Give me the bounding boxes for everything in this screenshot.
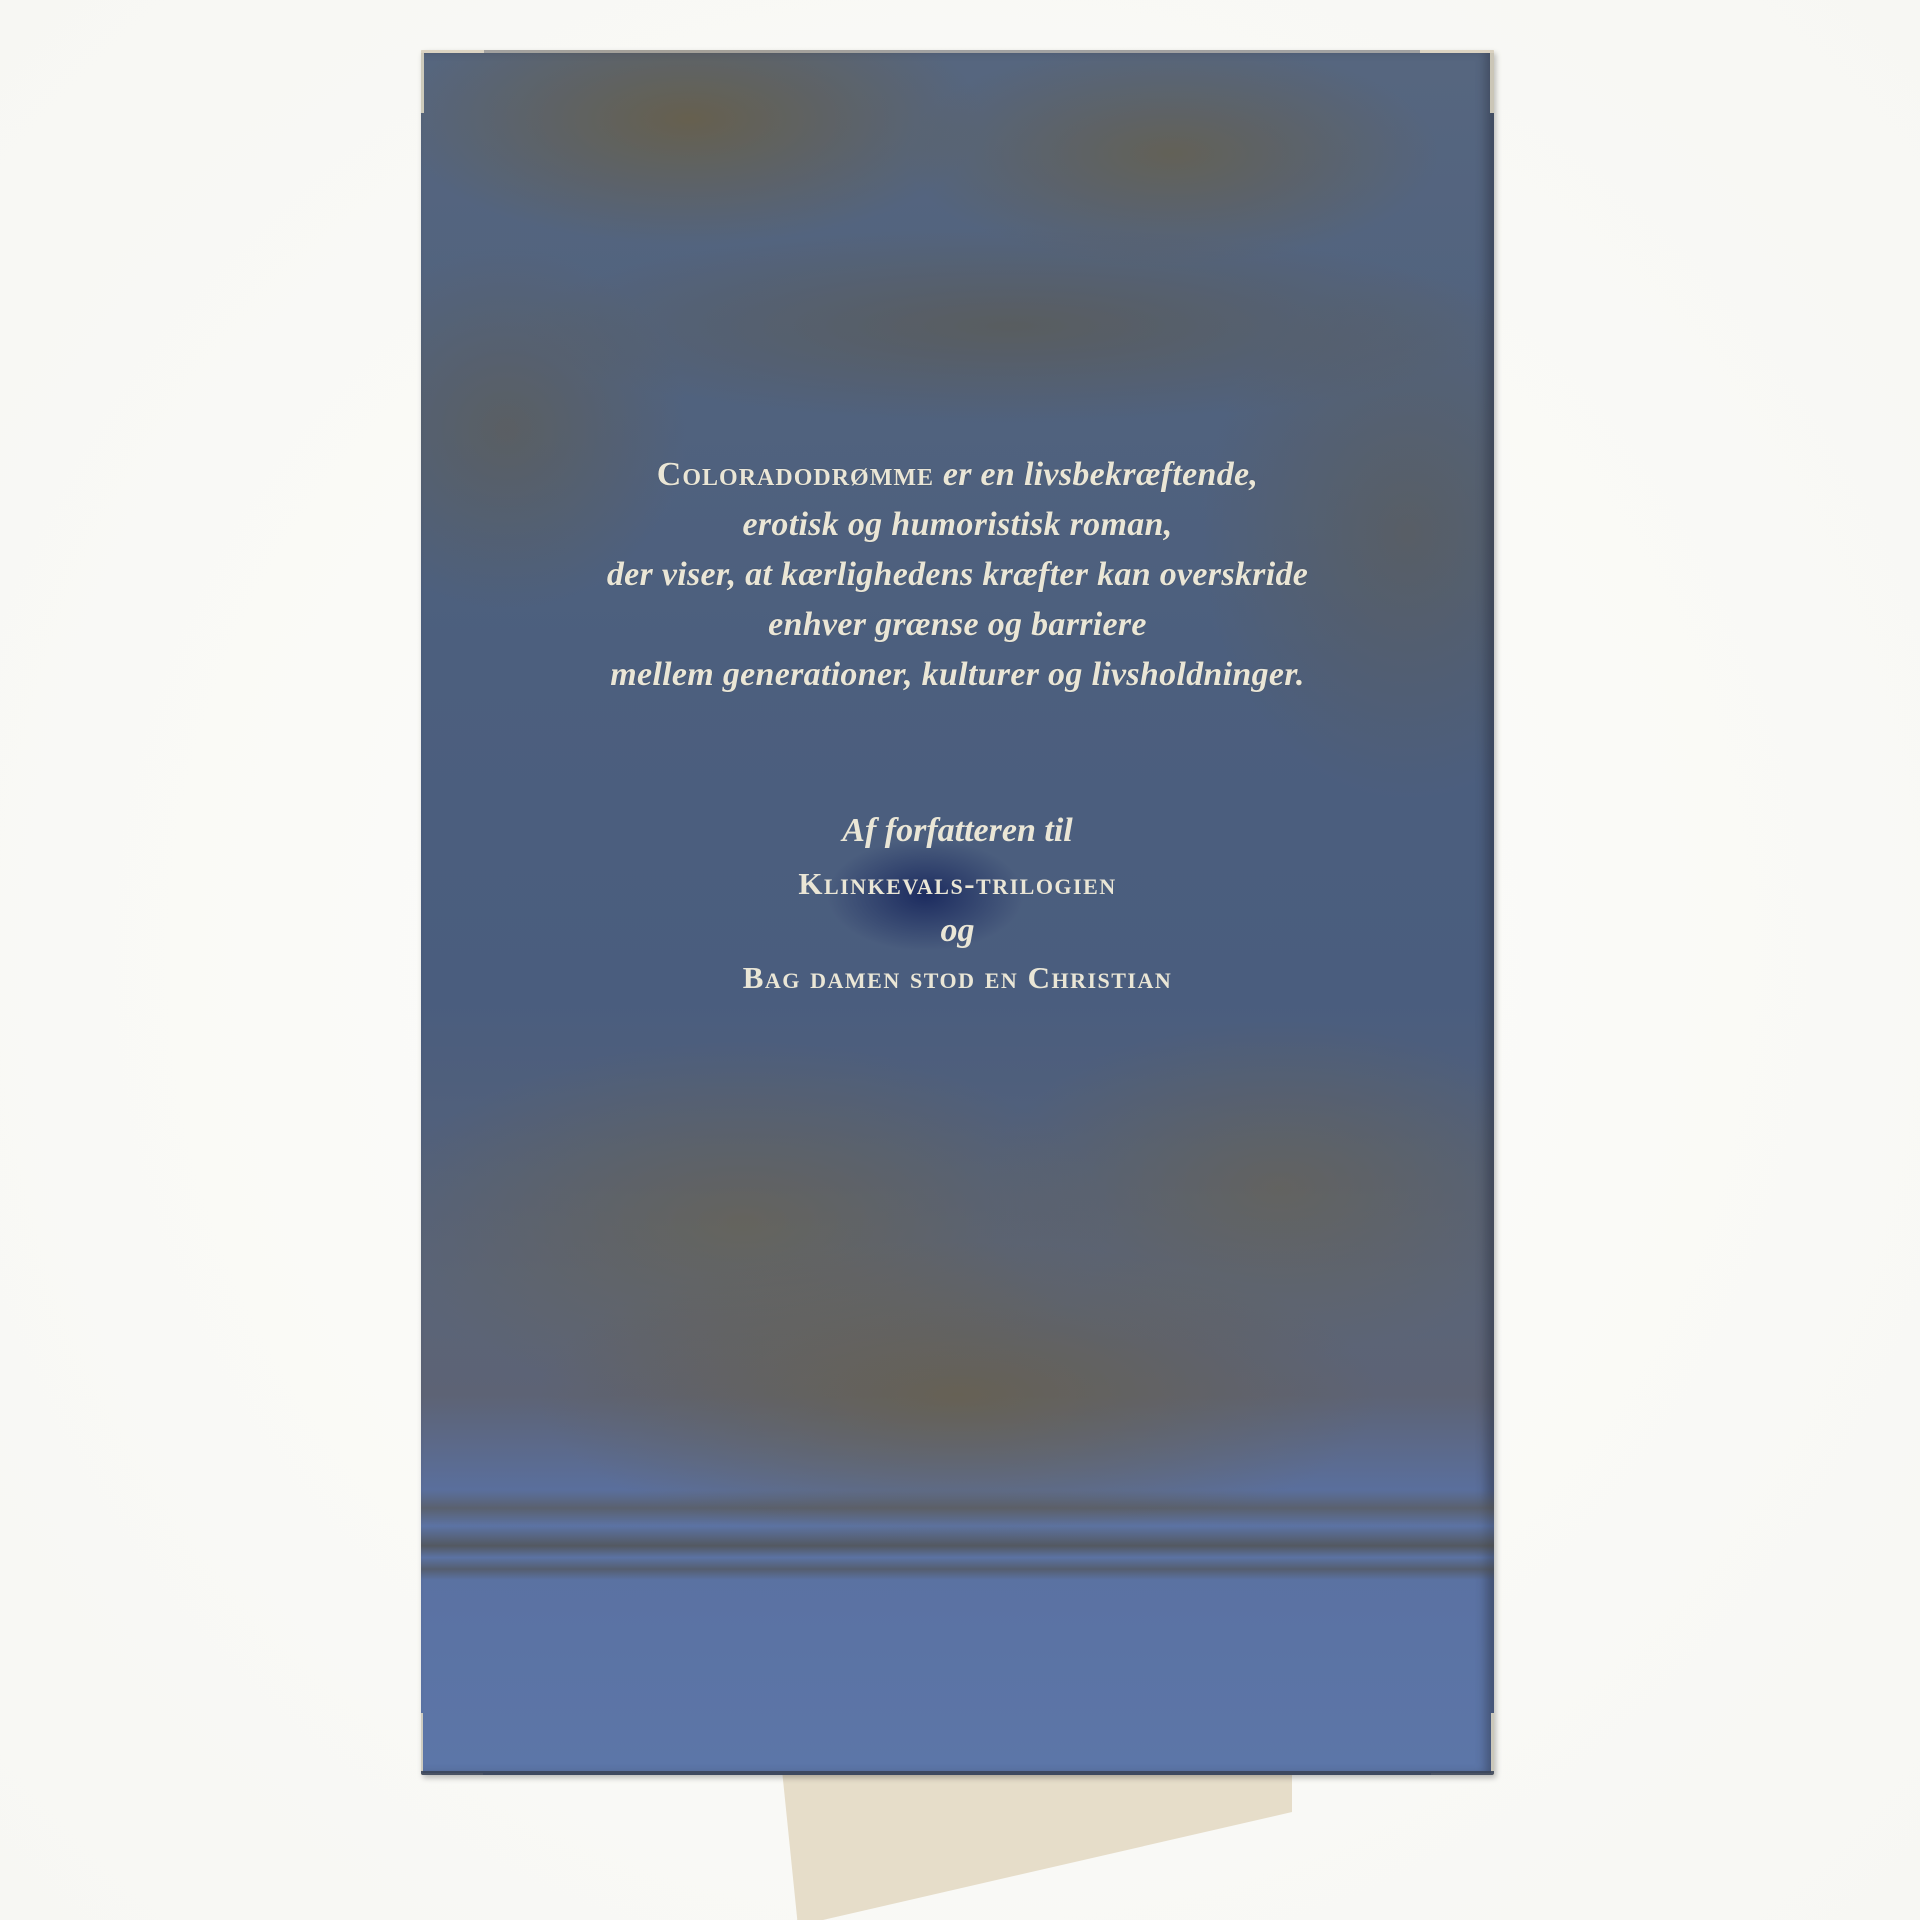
book-back-cover: Coloradodrømme er en livsbekræftende, er… [421, 50, 1494, 1775]
works-intro: Af forfatteren til [421, 803, 1494, 859]
worn-corner-top-left [421, 50, 484, 113]
book-title: Coloradodrømme [657, 456, 934, 493]
blurb-line-2: erotisk og humoristisk roman, [421, 500, 1494, 550]
worn-corner-bottom-right [1431, 1713, 1494, 1775]
worn-corner-bottom-left [421, 1713, 483, 1775]
worn-corner-top-right [1420, 50, 1494, 113]
other-works: Af forfatteren til Klinkevals-trilogien … [421, 803, 1494, 1003]
blurb-text: Coloradodrømme er en livsbekræftende, er… [421, 450, 1494, 700]
blurb-line-4: enhver grænse og barriere [421, 600, 1494, 650]
photo-scene: Coloradodrømme er en livsbekræftende, er… [0, 0, 1920, 1920]
paper-slip [782, 1770, 1292, 1920]
work-title-2: Bag damen stod en Christian [421, 953, 1494, 1003]
blurb-line-1-rest: er en livsbekræftende, [934, 456, 1258, 493]
blurb-line-1: Coloradodrømme er en livsbekræftende, [421, 450, 1494, 500]
blurb-line-3: der viser, at kærlighedens kræfter kan o… [421, 550, 1494, 600]
work-title-1: Klinkevals-trilogien [421, 859, 1494, 909]
works-conjunction: og [421, 909, 1494, 953]
blurb-line-5: mellem generationer, kulturer og livshol… [421, 650, 1494, 700]
